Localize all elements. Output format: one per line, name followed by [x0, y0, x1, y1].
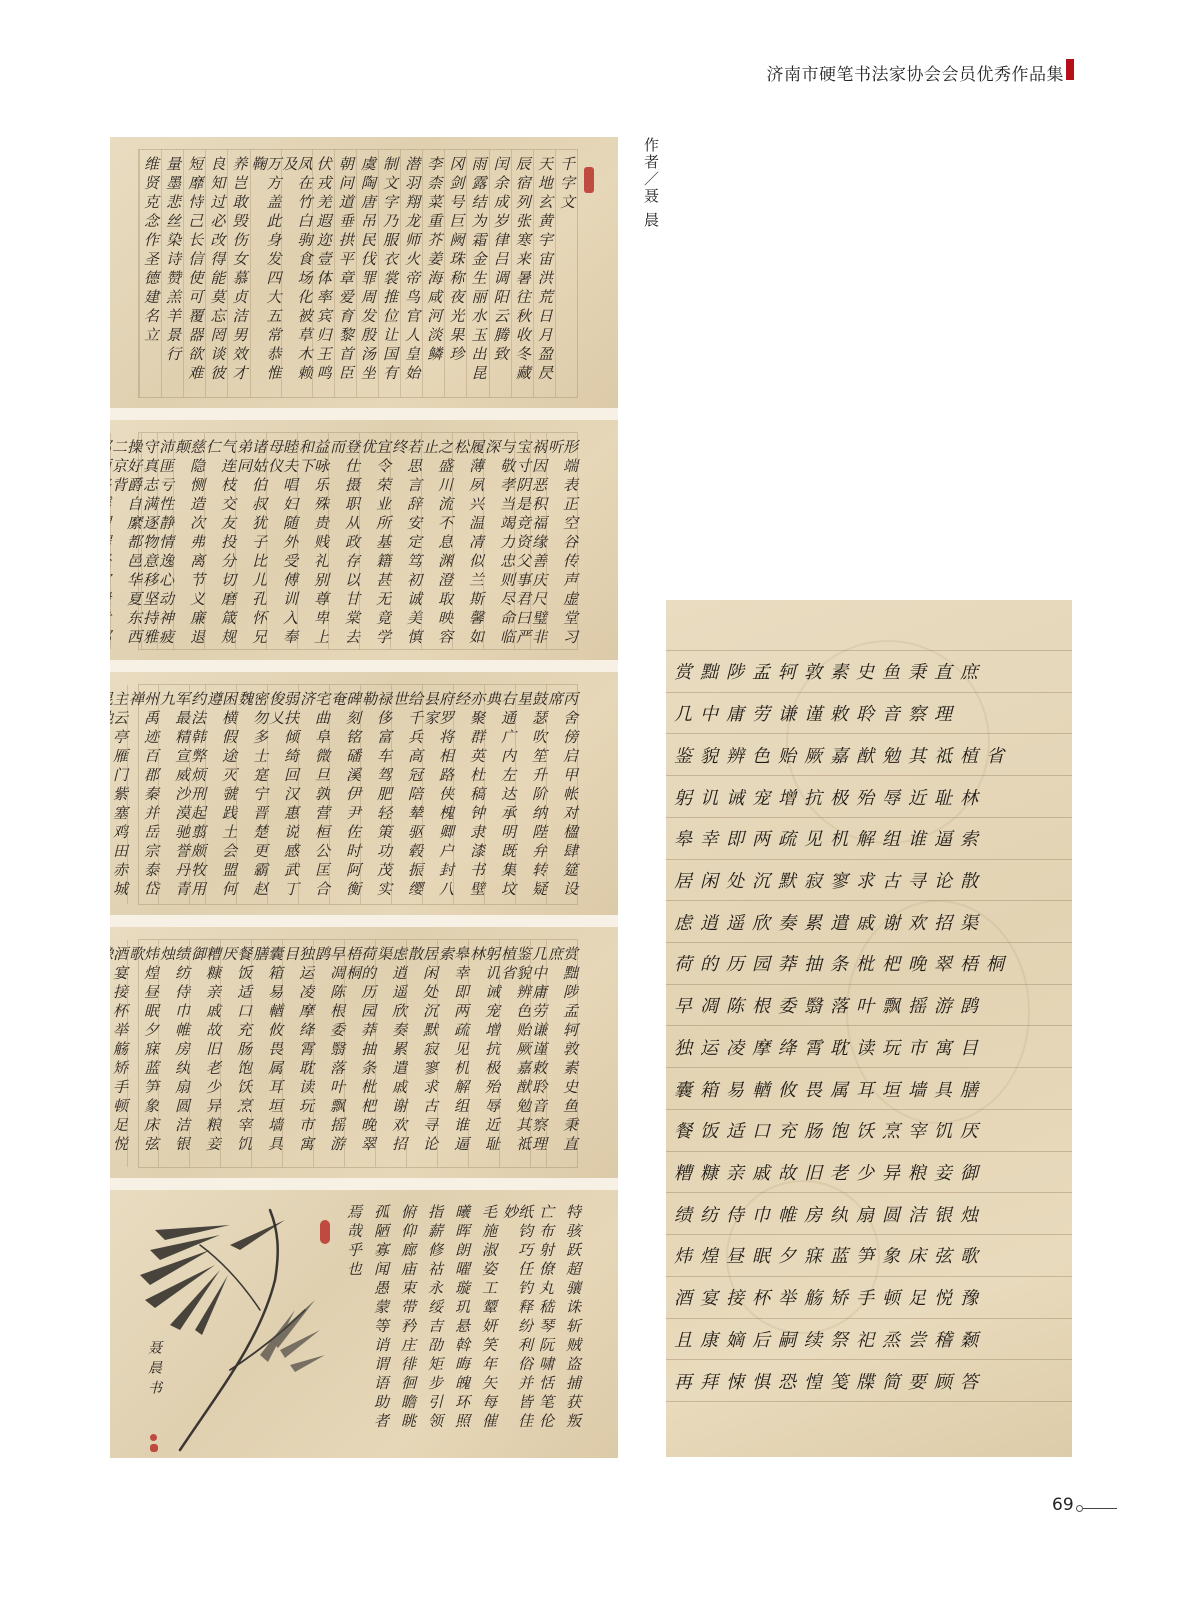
signature-seal [150, 1434, 157, 1441]
calligraphy-column: 几中庸劳谦谨敕聆音察理 [530, 940, 546, 1167]
scroll-segment-3: 丙舍傍启甲帐对楹肆筵设席鼓瑟吹笙升阶纳陛弁转疑星右通广内左达承明既集坟典亦聚群英… [110, 672, 618, 915]
scroll-segment-4: 赏黜陟孟轲敦素史鱼秉直庶几中庸劳谦谨敕聆音察理鉴貌辨色贻厥嘉猷勉其祗植省躬讥诫宠… [110, 927, 618, 1178]
calligraphy-column: 气连枝交友投分切磨箴规仁 [204, 433, 235, 649]
calligraphy-column: 指薪修祜永绥吉劭矩步引领 [421, 1198, 448, 1448]
calligraphy-column: 良知过必改得能莫忘罔谈彼 [205, 150, 227, 397]
calligraphy-column: 绩纺侍巾帷房纨扇圆洁银烛 [158, 940, 189, 1167]
calligraphy-column: 鉴貌辨色贻厥嘉猷勉其祗植省 [499, 940, 530, 1167]
calligraphy-column: 皋幸即两疏见机解组谁逼索 [437, 940, 468, 1167]
page-marker-dot [1076, 1505, 1083, 1512]
calligraphy-column: 养岂敢毁伤女慕贞洁男效才 [227, 150, 249, 397]
column-grid: 特骇跃超骧诛斩贼盗捕获叛亡布射僚丸嵇琴阮啸恬笔伦纸钧巧任钓释纷利俗并皆佳妙毛施淑… [340, 1198, 586, 1448]
calligraphy-column: 亦聚群英杜稿钟隶漆书壁经 [453, 685, 484, 904]
calligraphy-column: 早凋陈根委翳落叶飘摇游鹍 [313, 940, 344, 1167]
calligraphy-column: 炜煌昼眠夕寐蓝笋象床弦歌 [127, 940, 158, 1167]
calligraphy-column: 囊箱易輶攸畏属耳垣墙具膳 [251, 940, 282, 1167]
calligraphy-column: 益咏乐殊贵贱礼别尊卑上和下 [297, 433, 328, 649]
left-calligraphy-scroll: 千字文天地玄黄宇宙洪荒日月盈昃辰宿列张寒来暑往秋收冬藏闰余成岁律吕调阳云腾致雨露… [110, 137, 618, 1458]
calligraphy-row: 绩纺侍巾帷房纨扇圆洁银烛 [666, 1192, 1072, 1234]
scroll-segment-1: 千字文天地玄黄宇宙洪荒日月盈昃辰宿列张寒来暑往秋收冬藏闰余成岁律吕调阳云腾致雨露… [110, 137, 618, 408]
calligraphy-row: 皋幸即两疏见机解组谁逼索 [666, 817, 1072, 859]
scroll-segment-5: 聂晨书 特骇跃超骧诛斩贼盗捕获叛亡布射僚丸嵇琴阮啸恬笔伦纸钧巧任钓释纷利俗并皆佳… [110, 1190, 618, 1458]
calligraphy-column: 与敬孝当竭力忠则尽命临深 [483, 433, 514, 649]
segment-divider [110, 408, 618, 420]
calligraphy-column: 李柰菜重芥姜海咸河淡鳞 [422, 150, 444, 397]
calligraphy-row: 荷的历园莽抽条枇杷晚翠梧桐 [666, 942, 1072, 984]
calligraphy-column: 雨露结为霜金生丽水玉出昆 [466, 150, 488, 397]
calligraphy-row: 鉴貌辨色贻厥嘉猷勉其祗植省 [666, 733, 1072, 775]
calligraphy-column: 制文字乃服衣裳推位让国有 [378, 150, 400, 397]
calligraphy-column: 沛匪亏性静情逸心动神疲 [157, 433, 173, 649]
calligraphy-column: 酒宴接杯举觞矫手顿足悦豫 [110, 940, 127, 1167]
calligraphy-column: 操好爵自縻都邑华夏东西二京背 [110, 433, 141, 649]
calligraphy-column: 焉哉乎也 [340, 1198, 367, 1448]
calligraphy-column: 伏戎羌遐迩壹体率宾归王鸣 [312, 150, 334, 397]
calligraphy-row: 囊箱易輶攸畏属耳垣墙具膳 [666, 1067, 1072, 1109]
page-marker-line [1083, 1508, 1117, 1509]
segment-divider [110, 660, 618, 672]
calligraphy-column: 军最精宣威沙漠驰誉丹青九 [158, 685, 189, 904]
calligraphy-column: 毛施淑姿工颦妍笑年矢每催 [475, 1198, 502, 1448]
calligraphy-column: 短靡恃己长信使可覆器欲难 [183, 150, 205, 397]
column-grid: 形端表正空谷传声虚堂习听祸因恶积福缘善庆尺璧非宝寸阴是竞资父事君曰严与敬孝当竭力… [138, 432, 578, 650]
calligraphy-column: 鼓瑟吹笙升阶纳陛弁转疑星 [515, 685, 546, 904]
signature-seal [150, 1444, 158, 1452]
calligraphy-column: 丙舍傍启甲帐对楹肆筵设席 [546, 685, 577, 904]
calligraphy-column: 主云亭雁门紫塞鸡田赤城昆池 [110, 685, 127, 904]
calligraphy-column: 困横假途灭虢践土会盟何遵 [205, 685, 236, 904]
right-calligraphy-sheet: 赏黜陟孟轲敦素史鱼秉直庶几中庸劳谦谨敕聆音察理鉴貌辨色贻厥嘉猷勉其祗植省躬讥诫宠… [666, 600, 1072, 1457]
author-label: 作者／聂 晨 [641, 137, 661, 229]
calligraphy-column: 虞陶唐吊民伐罪周发殷汤坐 [356, 150, 378, 397]
calligraphy-column: 潜羽翔龙师火帝鸟官人皇始 [400, 150, 422, 397]
calligraphy-column: 量墨悲丝染诗赞羔羊景行 [161, 150, 183, 397]
calligraphy-column: 冈剑号巨阙珠称夜光果珍 [444, 150, 466, 397]
calligraphy-column: 躬讥诫宠增抗极殆辱近耻林 [468, 940, 499, 1167]
text-rows: 赏黜陟孟轲敦素史鱼秉直庶几中庸劳谦谨敕聆音察理鉴貌辨色贻厥嘉猷勉其祗植省躬讥诫宠… [666, 650, 1072, 1402]
calligraphy-column: 维贤克念作圣德建名立 [139, 150, 161, 397]
calligraphy-column: 祸因恶积福缘善庆尺璧非 [530, 433, 546, 649]
collection-title: 济南市硬笔书法家协会会员优秀作品集 [767, 60, 1065, 85]
calligraphy-column: 独运凌摩绛霄耽读玩市寓目 [282, 940, 313, 1167]
calligraphy-row: 早凋陈根委翳落叶飘摇游鹍 [666, 984, 1072, 1026]
calligraphy-column: 右通广内左达承明既集坟典 [484, 685, 515, 904]
calligraphy-column: 凤在竹白驹食场化被草木赖及 [281, 150, 312, 397]
calligraphy-row: 餐饭适口充肠饱饫烹宰饥厌 [666, 1109, 1072, 1151]
scroll-segment-2: 形端表正空谷传声虚堂习听祸因恶积福缘善庆尺璧非宝寸阴是竞资父事君曰严与敬孝当竭力… [110, 420, 618, 660]
calligraphy-column: 万方盖此身发四大五常恭惟鞠 [250, 150, 281, 397]
calligraphy-column: 弱扶倾绮回汉惠说感武丁俊乂 [267, 685, 298, 904]
column-grid: 丙舍傍启甲帐对楹肆筵设席鼓瑟吹笙升阶纳陛弁转疑星右通广内左达承明既集坟典亦聚群英… [138, 684, 578, 905]
calligraphy-column: 辰宿列张寒来暑往秋收冬藏 [511, 150, 533, 397]
calligraphy-column: 州禹迹百郡秦并岳宗泰岱禅 [127, 685, 158, 904]
calligraphy-row: 虑逍遥欣奏累遣戚谢欢招渠 [666, 900, 1072, 942]
calligraphy-column: 给千兵高冠陪辇驱毂振缨世 [391, 685, 422, 904]
calligraphy-column: 千字文 [555, 150, 577, 397]
calligraphy-column: 虑逍遥欣奏累遣戚谢欢招渠 [375, 940, 406, 1167]
calligraphy-column: 宝寸阴是竞资父事君曰严 [514, 433, 530, 649]
painting-seal [320, 1220, 330, 1244]
calligraphy-column: 闰余成岁律吕调阳云腾致 [489, 150, 511, 397]
calligraphy-row: 炜煌昼眠夕寐蓝笋象床弦歌 [666, 1234, 1072, 1276]
calligraphy-row: 居闲处沉默寂寥求古寻论散 [666, 859, 1072, 901]
seal-stamp [584, 167, 594, 193]
calligraphy-column: 若思言辞安定笃初诚美慎终 [390, 433, 421, 649]
calligraphy-column: 睦夫唱妇随外受傅训入奉母仪 [266, 433, 297, 649]
calligraphy-column: 曦晖朗曜璇玑悬斡晦魄环照 [448, 1198, 475, 1448]
calligraphy-column: 特骇跃超骧诛斩贼盗捕获叛 [559, 1198, 586, 1448]
calligraphy-column: 形端表正空谷传声虚堂习听 [546, 433, 577, 649]
calligraphy-row: 赏黜陟孟轲敦素史鱼秉直庶 [666, 650, 1072, 692]
calligraphy-row: 且康嫡后嗣续祭祀烝尝稽颡 [666, 1318, 1072, 1360]
calligraphy-row: 躬讥诫宠增抗极殆辱近耻林 [666, 775, 1072, 817]
calligraphy-row: 再拜悚惧恐惶笺牒简要顾答 [666, 1359, 1072, 1402]
calligraphy-column: 荷的历园莽抽条枇杷晚翠梧桐 [344, 940, 375, 1167]
calligraphy-column: 宅曲阜微旦孰营桓公匡合济 [298, 685, 329, 904]
calligraphy-row: 几中庸劳谦谨敕聆音察理 [666, 692, 1072, 734]
calligraphy-column: 纸钧巧任钓释纷利俗并皆佳妙 [502, 1198, 532, 1448]
calligraphy-row: 酒宴接杯举觞矫手顿足悦豫 [666, 1276, 1072, 1318]
calligraphy-column: 府罗将相路侠槐卿户封八县家 [422, 685, 453, 904]
bamboo-painting-icon [110, 1190, 330, 1458]
artist-signature: 聂晨书 [144, 1340, 164, 1400]
calligraphy-column: 碑刻铭磻溪伊尹佐时阿衡奄 [329, 685, 360, 904]
calligraphy-column: 慈隐恻造次弗离节义廉退颠 [173, 433, 204, 649]
calligraphy-column: 履薄夙兴温凊似兰斯馨如松 [452, 433, 483, 649]
calligraphy-column: 禄侈富车驾肥轻策功茂实勒 [360, 685, 391, 904]
calligraphy-row: 糟糠亲戚故旧老少异粮妾御 [666, 1151, 1072, 1193]
calligraphy-column: 约法韩弊烦刑起翦颇牧用 [189, 685, 205, 904]
calligraphy-column: 宜令荣业所基籍甚无竟学优 [359, 433, 390, 649]
calligraphy-column: 守真志满逐物意移坚持雅 [141, 433, 157, 649]
calligraphy-column: 赏黜陟孟轲敦素史鱼秉直庶 [546, 940, 577, 1167]
column-grid: 千字文天地玄黄宇宙洪荒日月盈昃辰宿列张寒来暑往秋收冬藏闰余成岁律吕调阳云腾致雨露… [138, 149, 578, 398]
calligraphy-column: 俯仰廊庙束带矜庄徘徊瞻眺 [394, 1198, 421, 1448]
calligraphy-column: 天地玄黄宇宙洪荒日月盈昃 [533, 150, 555, 397]
calligraphy-column: 孤陋寡闻愚蒙等诮谓语助者 [367, 1198, 394, 1448]
calligraphy-row: 独运凌摩绛霄耽读玩市寓目 [666, 1025, 1072, 1067]
title-accent-bar [1066, 59, 1074, 80]
calligraphy-column: 亡布射僚丸嵇琴阮啸恬笔伦 [532, 1198, 559, 1448]
column-grid: 赏黜陟孟轲敦素史鱼秉直庶几中庸劳谦谨敕聆音察理鉴貌辨色贻厥嘉猷勉其祗植省躬讥诫宠… [138, 939, 578, 1168]
calligraphy-column: 之盛川流不息渊澄取映容止 [421, 433, 452, 649]
segment-divider [110, 915, 618, 927]
calligraphy-column: 朝问道垂拱平章爱育黎首臣 [334, 150, 356, 397]
calligraphy-column: 诸姑伯叔犹子比儿孔怀兄弟同 [235, 433, 266, 649]
calligraphy-column: 登仕摄职从政存以甘棠去而 [328, 433, 359, 649]
calligraphy-column: 居闲处沉默寂寥求古寻论散 [406, 940, 437, 1167]
segment-divider [110, 1178, 618, 1190]
calligraphy-column: 密勿多士寔宁晋楚更霸赵魏 [236, 685, 267, 904]
calligraphy-column: 餐饭适口充肠饱饫烹宰饥厌 [220, 940, 251, 1167]
calligraphy-column: 糟糠亲戚故旧老少异粮妾御 [189, 940, 220, 1167]
page-number: 69 [1052, 1495, 1074, 1515]
